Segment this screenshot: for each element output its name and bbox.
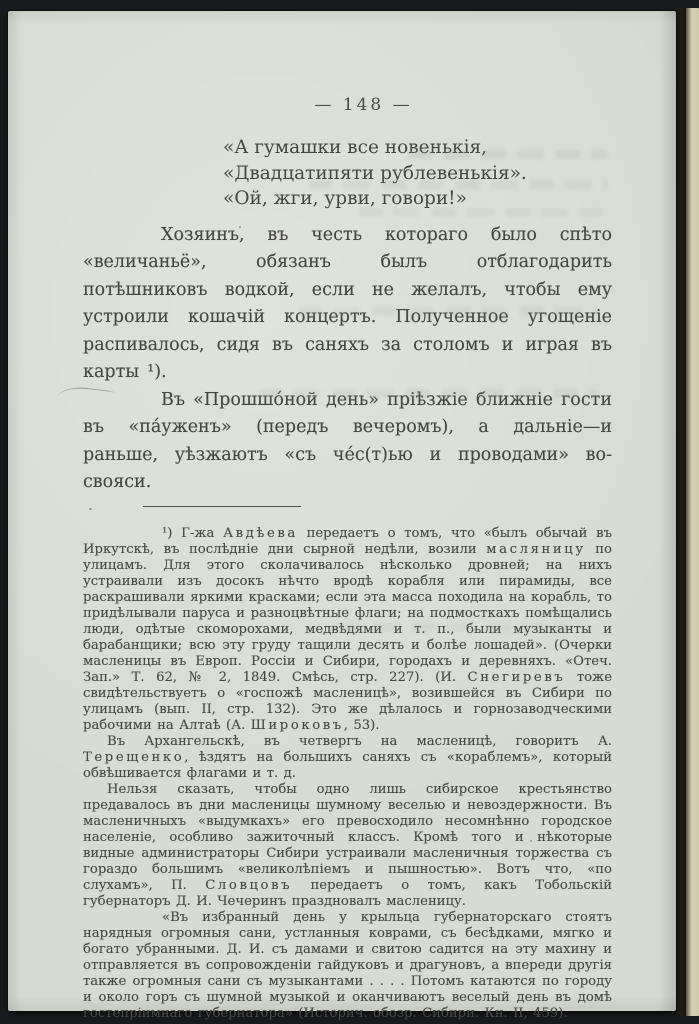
book-page: — 148 — «А гумашки все новенькія, «Двадц…	[8, 11, 676, 1011]
scan-background: — 148 — «А гумашки все новенькія, «Двадц…	[0, 0, 699, 1024]
footnote-text: Нельзя сказать, чтобы одно лишь сибирско…	[83, 782, 612, 893]
footnote-text: ¹) Г-жа	[162, 526, 223, 541]
emphasized-name: Широковъ	[251, 718, 344, 733]
verse-block: «А гумашки все новенькія, «Двадцатипяти …	[223, 135, 612, 212]
paragraph: Хозяинъ, въ честь котораго было спѣто «в…	[83, 222, 612, 387]
adjacent-page-edge	[686, 8, 699, 1016]
emphasized-name: Словцовъ	[205, 878, 292, 893]
footnote-text: , 53).	[344, 718, 380, 733]
footnote-paragraph: Въ Архангельскѣ, въ четвергъ на маслениц…	[83, 734, 612, 782]
footnote-text: «Въ избранный день у крыльца губернаторс…	[83, 910, 612, 1021]
footnote-block: ¹) Г-жа Авдѣева передаетъ о томъ, что «б…	[83, 526, 612, 1022]
footnote-paragraph: ¹) Г-жа Авдѣева передаетъ о томъ, что «б…	[83, 526, 612, 734]
footnote-text: по улицамъ. Для этого сколачивалось нѣск…	[83, 542, 612, 685]
page-gutter-shadow	[676, 8, 686, 1016]
verse-line: «Ой, жги, урви, говори!»	[223, 186, 612, 212]
emphasized-name: Терещенко	[83, 750, 184, 765]
emphasized-name: Авдѣева	[223, 526, 298, 541]
paragraph: Въ «Прошшо́ной день» пріѣзжіе ближніе го…	[83, 387, 612, 497]
emphasized-name: Снегиревъ	[468, 670, 566, 685]
footnote-paragraph: «Въ избранный день у крыльца губернаторс…	[83, 910, 612, 1022]
verse-line: «А гумашки все новенькія,	[223, 135, 612, 161]
footnote-text: Въ Архангельскѣ, въ четвергъ на маслениц…	[107, 734, 612, 749]
footnote-paragraph: Нельзя сказать, чтобы одно лишь сибирско…	[83, 782, 612, 910]
emphasized-name: масляницу	[486, 542, 585, 557]
verse-line: «Двадцатипяти рублевенькія».	[223, 161, 612, 187]
page-number: — 148 —	[99, 95, 628, 115]
footnote-separator	[143, 506, 301, 507]
